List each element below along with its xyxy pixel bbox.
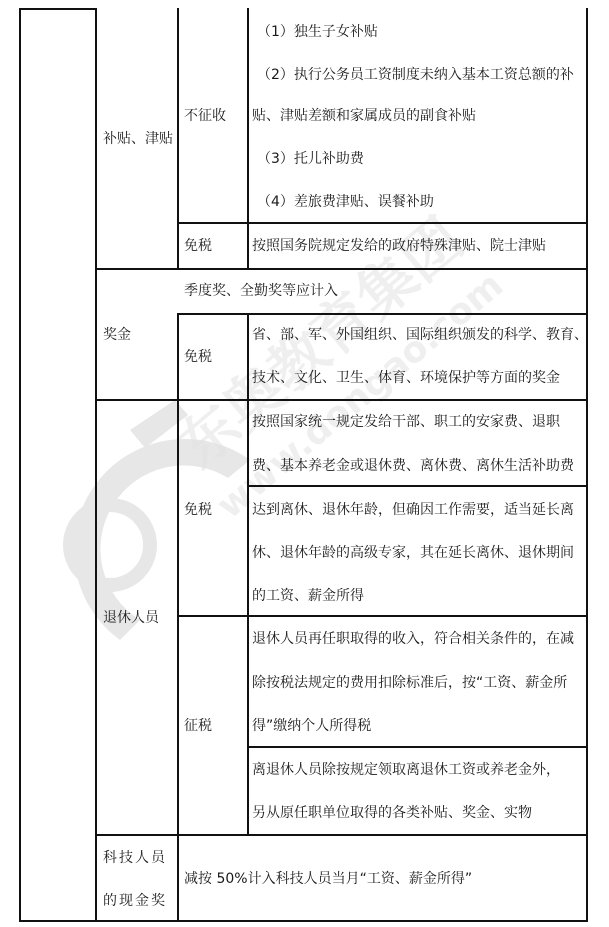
row-divider — [247, 746, 587, 748]
item-text: （2）执行公务员工资制度未纳入基本工资总额的补 — [257, 67, 574, 83]
table-border — [586, 8, 588, 922]
item-text: 按照国家统一规定发给干部、职工的安家费、退职 — [252, 414, 560, 430]
treatment-label: 免税 — [184, 502, 212, 518]
table-border — [19, 8, 21, 922]
category-tech-staff: 科技人员 — [103, 850, 167, 866]
row-divider — [177, 222, 587, 224]
item-text: 另从原任职单位取得的各类补贴、奖金、实物 — [252, 805, 532, 821]
item-text: 得”缴纳个人所得税 — [252, 718, 371, 734]
treatment-label: 免税 — [184, 238, 212, 254]
table-border — [95, 8, 97, 922]
treatment-label: 免税 — [184, 349, 212, 365]
item-text: （4）差旅费津贴、误餐补助 — [257, 194, 434, 210]
merged-note: 减按 50%计入科技人员当月“工资、薪金所得” — [184, 871, 472, 887]
item-text: 休、退休年龄的高级专家，其在延长离休、退休期间 — [252, 545, 574, 561]
category-bonus: 奖金 — [103, 327, 131, 343]
item-text: 除按税法规定的费用扣除标准后，按“工资、薪金所 — [252, 675, 567, 691]
row-divider — [95, 834, 587, 836]
table-border — [177, 8, 179, 268]
item-text: 的工资、薪金所得 — [252, 588, 364, 604]
row-divider — [177, 313, 587, 315]
row-divider — [177, 615, 587, 617]
table-border — [177, 313, 179, 921]
row-divider — [247, 485, 587, 487]
row-divider — [95, 268, 587, 270]
item-text: 省、部、军、外国组织、国际组织颁发的科学、教育、 — [252, 327, 588, 343]
item-text: 离退休人员除按规定领取离退休工资或养老金外， — [252, 762, 560, 778]
item-text: 按照国务院规定发给的政府特殊津贴、院士津贴 — [252, 238, 546, 254]
treatment-label: 不征收 — [184, 108, 226, 124]
category-tech-staff: 的现金奖 — [103, 893, 167, 909]
table-border — [19, 920, 587, 922]
item-text: （3）托儿补助费 — [257, 151, 364, 167]
item-text: 退休人员再任职取得的收入，符合相关条件的，在减 — [252, 631, 574, 647]
table-border — [19, 8, 96, 10]
table-border — [247, 313, 249, 835]
table-border — [247, 8, 249, 268]
item-text: 技术、文化、卫生、体育、环境保护等方面的奖金 — [252, 370, 560, 386]
merged-note: 季度奖、全勤奖等应计入 — [184, 283, 338, 299]
treatment-label: 征税 — [184, 718, 212, 734]
item-text: 费、基本养老金或退休费、离休费、离休生活补助费 — [252, 458, 574, 474]
category-retiree: 退休人员 — [103, 610, 159, 626]
item-text: （1）独生子女补贴 — [257, 24, 378, 40]
watermark-url: www.dongao.com — [209, 265, 511, 527]
item-text: 达到离休、退休年龄，但确因工作需要，适当延长离 — [252, 502, 574, 518]
category-subsidy: 补贴、津贴 — [103, 131, 173, 147]
item-text: 贴、津贴差额和家属成员的副食补贴 — [252, 108, 476, 124]
row-divider — [95, 399, 587, 401]
